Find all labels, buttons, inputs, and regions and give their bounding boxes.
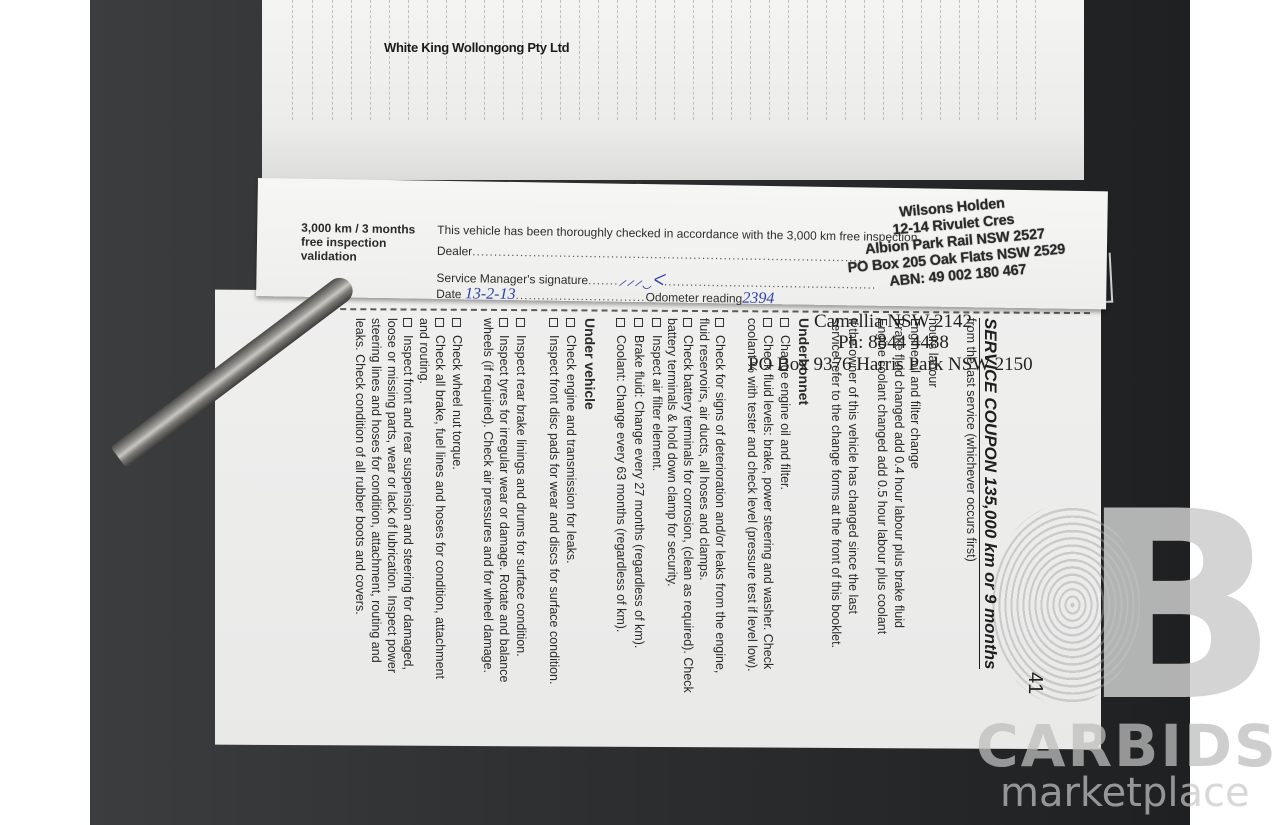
signature-scribble: ⸝⸝⸝‿ᐸ <box>618 272 664 290</box>
checkbox[interactable] <box>516 318 525 327</box>
checklist-item[interactable]: Inspect tyres for irregular wear or dama… <box>480 318 512 698</box>
checklist-item[interactable]: Brake fluid: Change every 27 months (reg… <box>632 318 646 648</box>
validation-label: 3,000 km / 3 months free inspection vali… <box>301 221 432 265</box>
checkbox[interactable] <box>549 318 558 327</box>
checklist-item[interactable]: Coolant: Change every 63 months (regardl… <box>614 318 628 632</box>
checklist-item[interactable]: Check battery terminals for corrosion, (… <box>664 318 696 698</box>
checkbox[interactable] <box>499 318 508 327</box>
checklist-item[interactable]: Inspect air filter element. <box>650 318 664 471</box>
checkbox[interactable] <box>566 318 575 327</box>
date-handwritten: 13-2-13 <box>465 285 516 303</box>
checkbox[interactable] <box>616 318 625 327</box>
dealer-field: Dealer..................................… <box>437 244 867 265</box>
overprint-line: PO Box 9376 Harris Park NSW 2150 <box>748 354 1033 376</box>
checklist-item[interactable]: Inspect front disc pads for wear and dis… <box>546 318 562 698</box>
checklist-item[interactable]: Check wheel nut torque. <box>450 318 464 470</box>
page-number: 41 <box>1023 672 1046 694</box>
checkbox[interactable] <box>715 318 724 327</box>
odometer-handwritten: 2394 <box>742 290 774 308</box>
checkbox[interactable] <box>634 318 643 327</box>
overprint-line: Ph: 8844 4488 <box>838 332 949 354</box>
checklist-item[interactable]: Inspect front and rear suspension and st… <box>352 318 416 698</box>
checkbox[interactable] <box>683 318 692 327</box>
checkbox[interactable] <box>652 318 661 327</box>
watermark-logo: B <box>1080 508 1278 708</box>
checkbox[interactable] <box>452 318 461 327</box>
checkbox[interactable] <box>403 318 412 327</box>
watermark-tagline: marketplace <box>1000 770 1250 816</box>
checklist-item[interactable]: Check all brake, fuel lines and hoses fo… <box>416 318 448 698</box>
section-heading-under-vehicle: Under vehicle <box>582 318 598 410</box>
checkbox[interactable] <box>780 318 789 327</box>
checklist-item[interactable]: Inspect rear brake linings and drums for… <box>514 318 528 657</box>
checkbox[interactable] <box>763 318 772 327</box>
top-page-dealer-text: White King Wollongong Pty Ltd <box>384 40 569 55</box>
checklist-item[interactable]: Check for signs of deterioration and/or … <box>696 318 728 698</box>
checklist-item[interactable]: Check engine and transmission for leaks. <box>564 318 578 564</box>
top-booklet-page: White King Wollongong Pty Ltd <box>262 0 1084 180</box>
checkbox[interactable] <box>435 318 444 327</box>
checklist-item[interactable]: Change engine oil and filter. <box>778 318 792 490</box>
overprint-line: Camellia NSW 2142 <box>814 311 972 333</box>
